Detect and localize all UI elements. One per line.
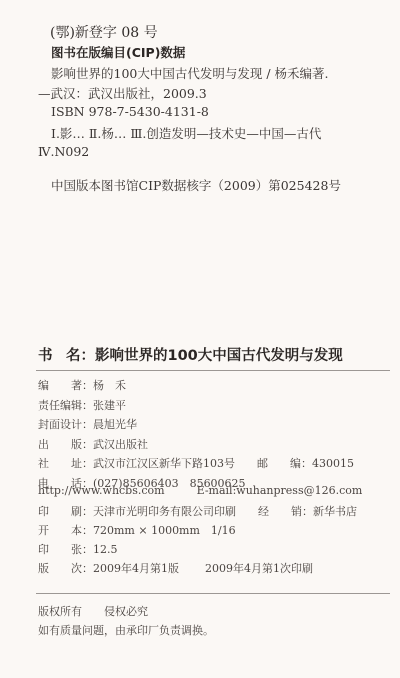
publication-registration: (鄂)新登字 08 号 xyxy=(50,22,158,42)
divider-bottom xyxy=(36,593,390,594)
detail-value: 杨 禾 xyxy=(93,379,126,392)
detail-value-postcode: 430015 xyxy=(312,457,354,470)
cip-line-isbn: ISBN 978-7-5430-4131-8 xyxy=(51,104,209,119)
detail-value-printing: 2009年4月第1次印刷 xyxy=(205,562,313,575)
detail-label: 编 著： xyxy=(38,379,93,392)
detail-label: 印 刷： xyxy=(38,505,93,518)
detail-label: 出 版： xyxy=(38,438,93,451)
detail-value: 2009年4月第1版 xyxy=(93,562,179,575)
copyright-notice: 版权所有侵权必究 xyxy=(38,603,148,619)
detail-publisher: 出 版：武汉出版社 xyxy=(38,436,148,452)
detail-cover-design: 封面设计：晨旭光华 xyxy=(38,416,137,432)
detail-responsible-editor: 责任编辑：张建平 xyxy=(38,397,126,413)
detail-sheets: 印 张：12.5 xyxy=(38,541,118,557)
book-title: 影响世界的100大中国古代发明与发现 xyxy=(95,348,343,364)
detail-label: 责任编辑： xyxy=(38,399,93,412)
email-link[interactable]: E-mail:wuhanpress@126.com xyxy=(197,484,363,497)
cip-line-title: 影响世界的100大中国古代发明与发现 / 杨禾编著. xyxy=(51,64,329,82)
cip-line-classification: Ⅳ.N092 xyxy=(38,144,89,159)
detail-value: 武汉市江汉区新华下路103号 xyxy=(93,457,235,470)
detail-value: 720mm × 1000mm 1/16 xyxy=(93,524,236,537)
detail-value: 晨旭光华 xyxy=(93,418,137,431)
title-label-2: 名： xyxy=(66,348,95,364)
detail-label: 封面设计： xyxy=(38,418,93,431)
detail-web: http://www.whcbs.comE-mail:wuhanpress@12… xyxy=(38,484,362,497)
cip-line-publisher: —武汉：武汉出版社，2009.3 xyxy=(38,84,207,102)
cip-line-subjects: Ⅰ.影… Ⅱ.杨… Ⅲ.创造发明—技术史—中国—古代 xyxy=(51,124,321,142)
detail-format: 开 本：720mm × 1000mm 1/16 xyxy=(38,522,236,538)
quality-notice: 如有质量问题，由承印厂负责调换。 xyxy=(38,622,214,638)
detail-value: 12.5 xyxy=(93,543,118,556)
detail-label: 印 张： xyxy=(38,543,93,556)
copyright-text-1: 版权所有 xyxy=(38,605,82,618)
detail-edition: 版 次：2009年4月第1版2009年4月第1次印刷 xyxy=(38,560,313,576)
cip-check-number: 中国版本图书馆CIP数据核字（2009）第025428号 xyxy=(51,176,341,194)
detail-value: 武汉出版社 xyxy=(93,438,148,451)
website-link[interactable]: http://www.whcbs.com xyxy=(38,484,165,497)
detail-value: 天津市光明印务有限公司印刷 xyxy=(93,505,236,518)
detail-label: 社 址： xyxy=(38,457,93,470)
detail-label: 版 次： xyxy=(38,562,93,575)
copyright-text-2: 侵权必究 xyxy=(104,605,148,618)
detail-address: 社 址：武汉市江汉区新华下路103号邮 编：430015 xyxy=(38,455,354,471)
detail-value: 张建平 xyxy=(93,399,126,412)
divider-top xyxy=(36,370,390,371)
book-title-row: 书名：影响世界的100大中国古代发明与发现 xyxy=(38,344,343,365)
detail-value-distributor: 新华书店 xyxy=(313,505,357,518)
detail-label-postcode: 邮 编： xyxy=(257,457,312,470)
cip-heading: 图书在版编目(CIP)数据 xyxy=(51,43,185,61)
title-label-1: 书 xyxy=(38,344,66,365)
detail-label: 开 本： xyxy=(38,524,93,537)
detail-label-distributor: 经 销： xyxy=(258,505,313,518)
detail-printing: 印 刷：天津市光明印务有限公司印刷经 销：新华书店 xyxy=(38,503,357,519)
detail-editor: 编 著：杨 禾 xyxy=(38,377,126,393)
